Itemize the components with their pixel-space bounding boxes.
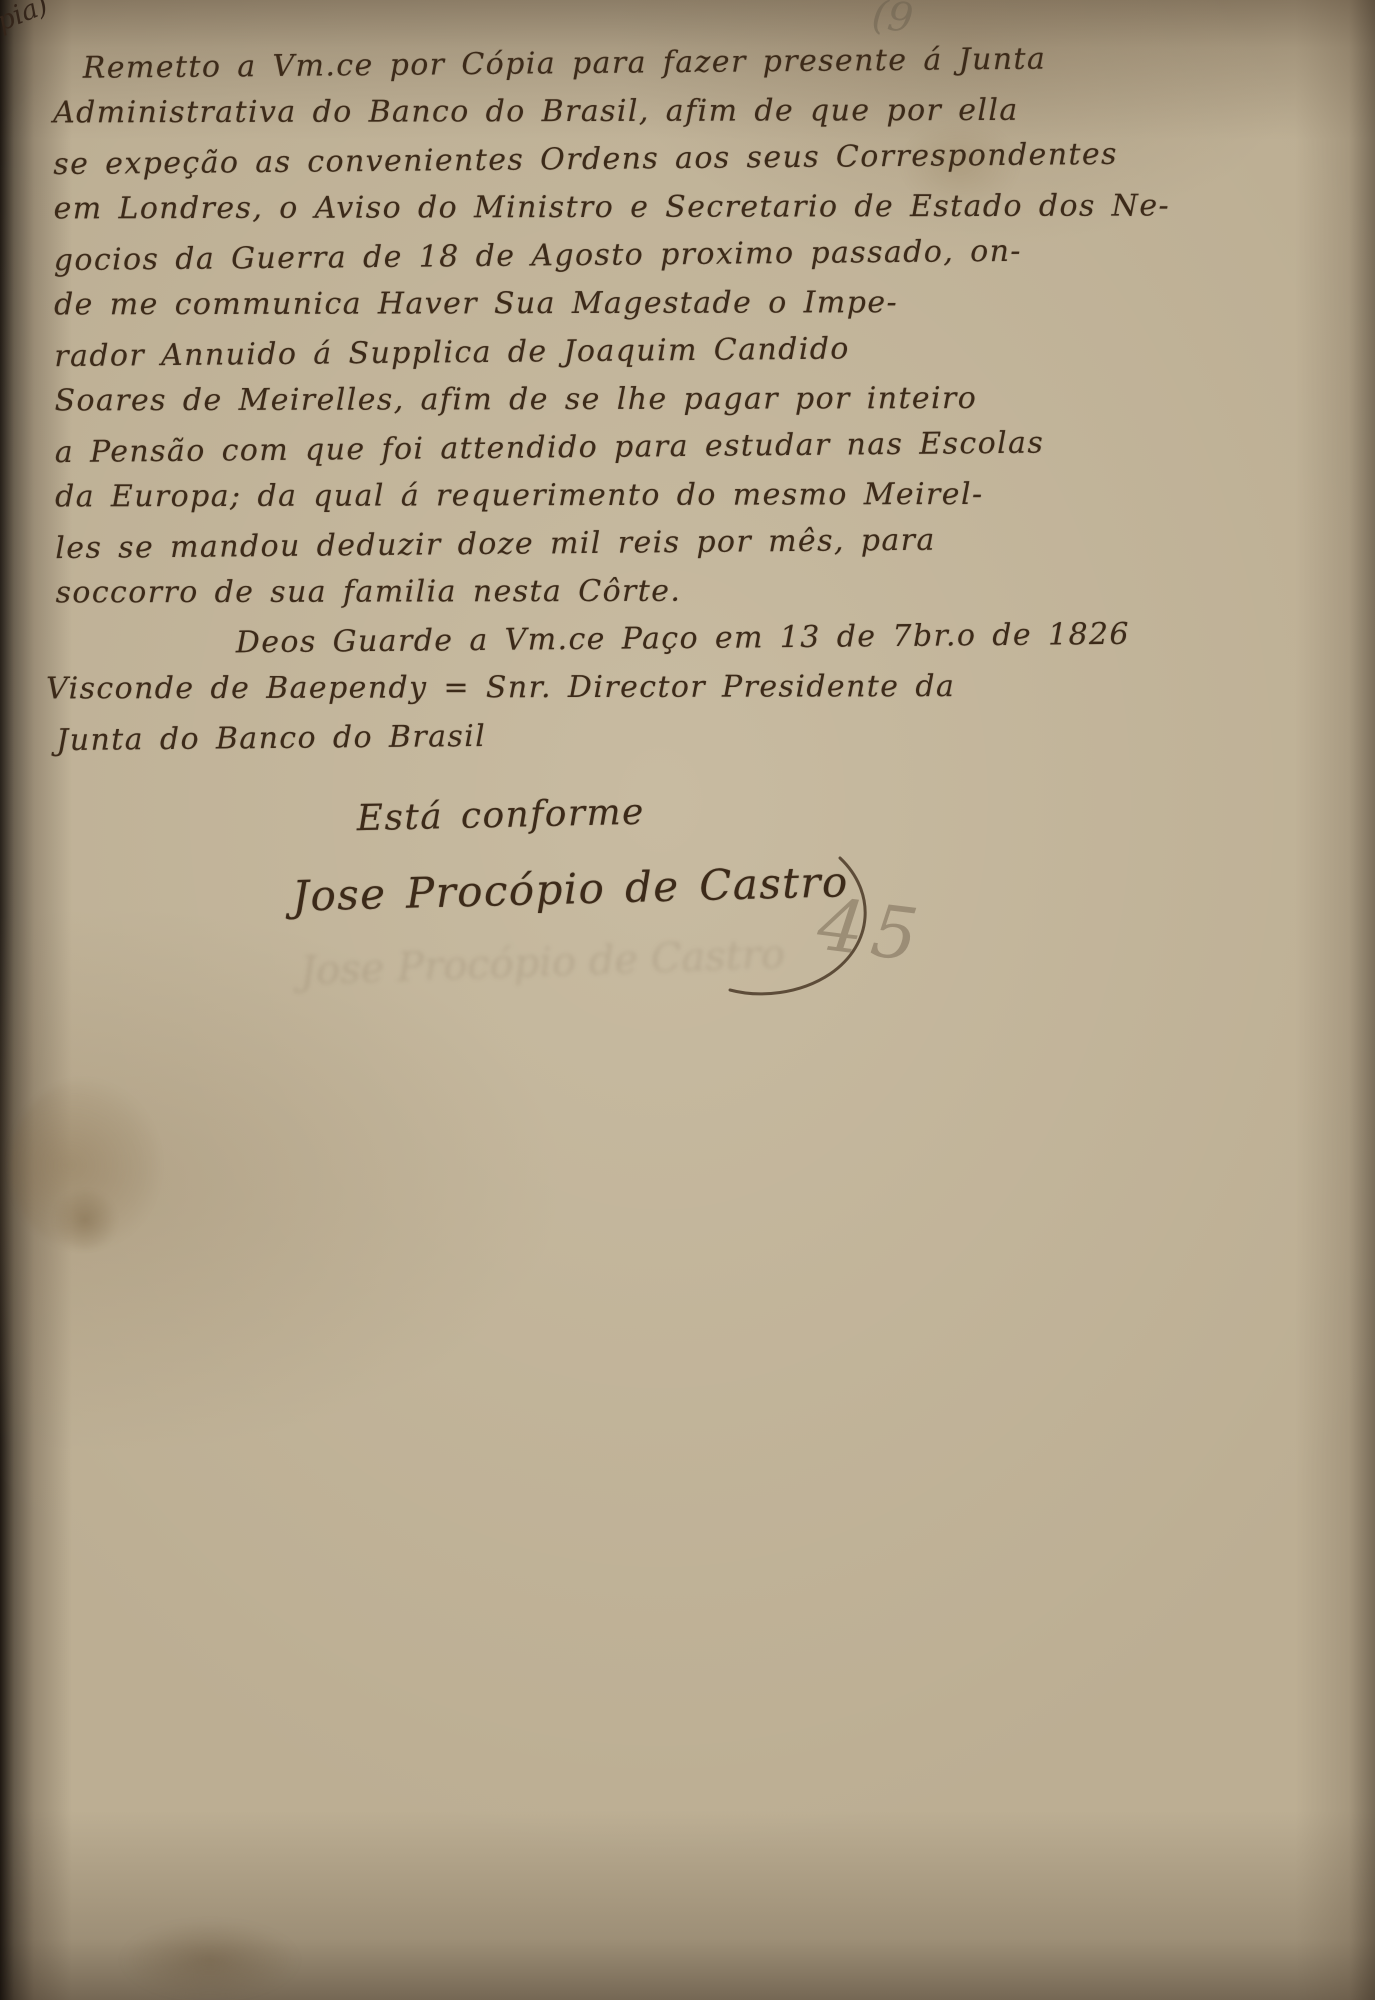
body-line: Administrativa do Banco do Brasil, afim … <box>53 87 1113 138</box>
body-line: soccorro de sua familia nesta Côrte. <box>56 567 1116 618</box>
body-line: de me communica Haver Sua Magestade o Im… <box>54 279 1114 330</box>
bleedthrough-ghost: Jose Procópio de Castro <box>299 932 785 995</box>
body-line: da Europa; da qual á requerimento do mes… <box>55 471 1115 522</box>
body-line: se expeção as convenientes Ordens aos se… <box>53 131 1113 189</box>
pencil-mark-top-right: (9 <box>870 0 916 42</box>
addressee-line: Visconde de Baependy = Snr. Director Pre… <box>46 663 1116 714</box>
pencil-number: 45 <box>813 882 930 978</box>
body-line: Soares de Meirelles, afim de se lhe paga… <box>54 375 1114 426</box>
body-line: rador Annuido á Supplica de Joaquim Cand… <box>54 323 1114 381</box>
addressee-line: Junta do Banco do Brasil <box>56 707 1116 765</box>
body-line: Remetto a Vm.ce por Cópia para fazer pre… <box>53 35 1113 93</box>
letter-body: Remetto a Vm.ce por Cópia para fazer pre… <box>53 37 1118 931</box>
body-line: les se mandou deduzir doze mil reis por … <box>55 515 1115 573</box>
manuscript-page: pia) (9 Remetto a Vm.ce por Cópia para f… <box>0 0 1375 2000</box>
corner-fragment: pia) <box>0 0 52 38</box>
body-line: a Pensão com que foi attendido para estu… <box>55 419 1115 477</box>
body-line: gocios da Guerra de 18 de Agosto proximo… <box>54 227 1114 285</box>
closing-line: Deos Guarde a Vm.ce Paço em 13 de 7br.o … <box>56 611 1116 669</box>
paper-stain <box>10 1080 160 1250</box>
body-line: em Londres, o Aviso do Ministro e Secret… <box>53 183 1113 234</box>
paper-stain <box>120 1920 300 2000</box>
paper-stain <box>50 1190 120 1250</box>
